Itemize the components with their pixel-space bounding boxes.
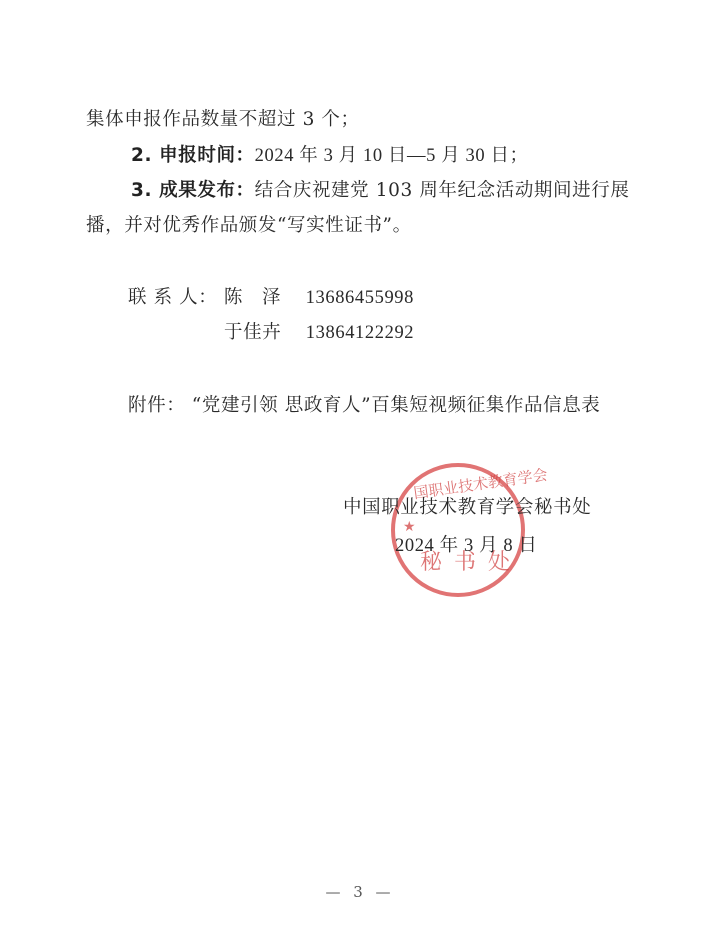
paragraph-line-1: 集体申报作品数量不超过 3 个；	[86, 109, 360, 131]
item-3-cont-text: 播，并对优秀作品颁发“写实性证书”。	[86, 215, 412, 236]
signature-date: 2024 年 3 月 8 日	[395, 535, 538, 557]
contact-row-2: 于佳卉 13864122292	[224, 322, 414, 344]
contact-label: 联 系 人：	[128, 287, 217, 308]
item-3-results-release: 3. 成果发布：结合庆祝建党 103 周年纪念活动期间进行展	[131, 180, 629, 202]
contact-row-1: 联 系 人： 陈 泽 13686455998	[128, 287, 414, 309]
signature-organization: 中国职业技术教育学会秘书处	[343, 497, 591, 519]
contact-name: 于佳卉	[224, 322, 281, 343]
item-3-label: 3. 成果发布：	[131, 180, 255, 201]
item-3-continuation: 播，并对优秀作品颁发“写实性证书”。	[86, 215, 412, 237]
attachment-line: 附件： “党建引领 思政育人”百集短视频征集作品信息表	[128, 395, 600, 417]
item-2-text: 2024 年 3 月 10 日—5 月 30 日；	[255, 146, 529, 166]
stamp-star-icon: ★	[403, 519, 416, 535]
item-3-text: 结合庆祝建党 103 周年纪念活动期间进行展	[255, 180, 630, 201]
contact-name: 陈 泽	[224, 287, 281, 308]
contact-phone: 13864122292	[306, 323, 414, 343]
item-2-label: 2. 申报时间：	[131, 145, 255, 166]
item-2-submission-time: 2. 申报时间：2024 年 3 月 10 日—5 月 30 日；	[131, 145, 529, 167]
page-number: — 3 —	[0, 883, 720, 901]
line1-text: 集体申报作品数量不超过 3 个；	[86, 109, 360, 130]
attachment-title: “党建引领 思政育人”百集短视频征集作品信息表	[192, 395, 601, 416]
contact-phone: 13686455998	[306, 288, 414, 308]
attachment-label: 附件：	[128, 395, 185, 416]
official-seal-stamp: 国职业技术教育学会 ★ 秘书处	[391, 463, 525, 597]
